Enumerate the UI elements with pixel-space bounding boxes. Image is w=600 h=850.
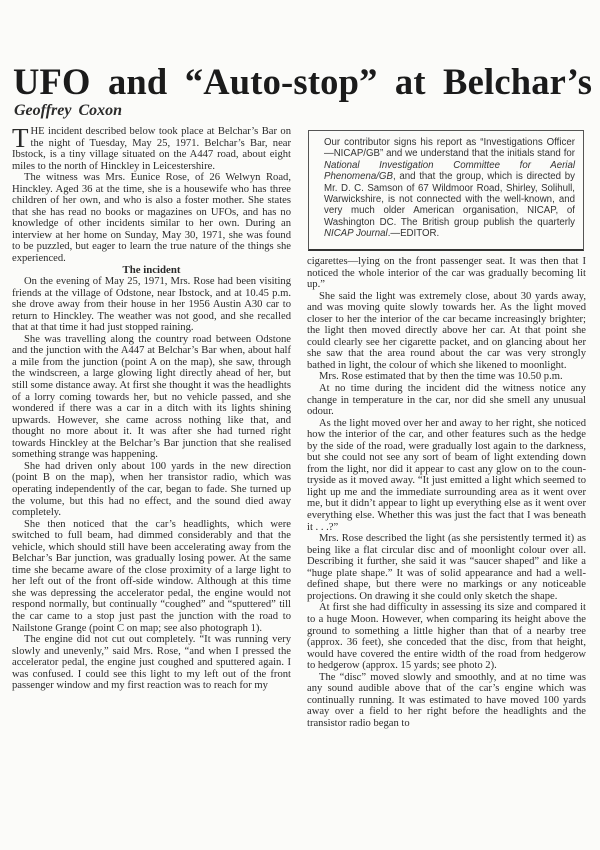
body-paragraph: The engine did not cut out completely. “… bbox=[12, 634, 291, 692]
drop-cap: T bbox=[12, 128, 29, 148]
body-paragraph: She said the light was extremely close, … bbox=[307, 291, 586, 372]
section-subheading: The incident bbox=[12, 265, 291, 277]
body-paragraph: cigarettes—lying on the front passenger … bbox=[307, 256, 586, 291]
body-paragraph: She was travelling along the country roa… bbox=[12, 334, 291, 461]
body-paragraph: Mrs. Rose described the light (as she pe… bbox=[307, 533, 586, 602]
right-column: cigarettes—lying on the front passenger … bbox=[307, 256, 586, 729]
intro-paragraph: The witness was Mrs. Eunice Rose, of 26 … bbox=[12, 172, 291, 264]
body-paragraph: At no time during the incident did the w… bbox=[307, 383, 586, 418]
body-paragraph: She had driven only about 100 yards in t… bbox=[12, 461, 291, 519]
article-title: UFO and “Auto-stop” at Belchar’s Bar bbox=[13, 62, 593, 102]
body-paragraph: At first she had difficulty in assessing… bbox=[307, 602, 586, 671]
body-paragraph: She then noticed that the car’s headligh… bbox=[12, 519, 291, 634]
body-paragraph: The “disc” moved slowly and smoothly, an… bbox=[307, 672, 586, 730]
magazine-page: UFO and “Auto-stop” at Belchar’s Bar Geo… bbox=[0, 0, 600, 850]
left-column: THE incident described below took place … bbox=[12, 126, 291, 692]
body-paragraph: As the light moved over her and away to … bbox=[307, 418, 586, 533]
article-author: Geoffrey Coxon bbox=[14, 102, 122, 120]
body-paragraph: On the evening of May 25, 1971, Mrs. Ros… bbox=[12, 276, 291, 334]
body-paragraph: Mrs. Rose estimated that by then the tim… bbox=[307, 371, 586, 383]
editor-note-box: Our contributor signs his report as “Inv… bbox=[308, 130, 584, 251]
intro-paragraph: THE incident described below took place … bbox=[12, 126, 291, 172]
